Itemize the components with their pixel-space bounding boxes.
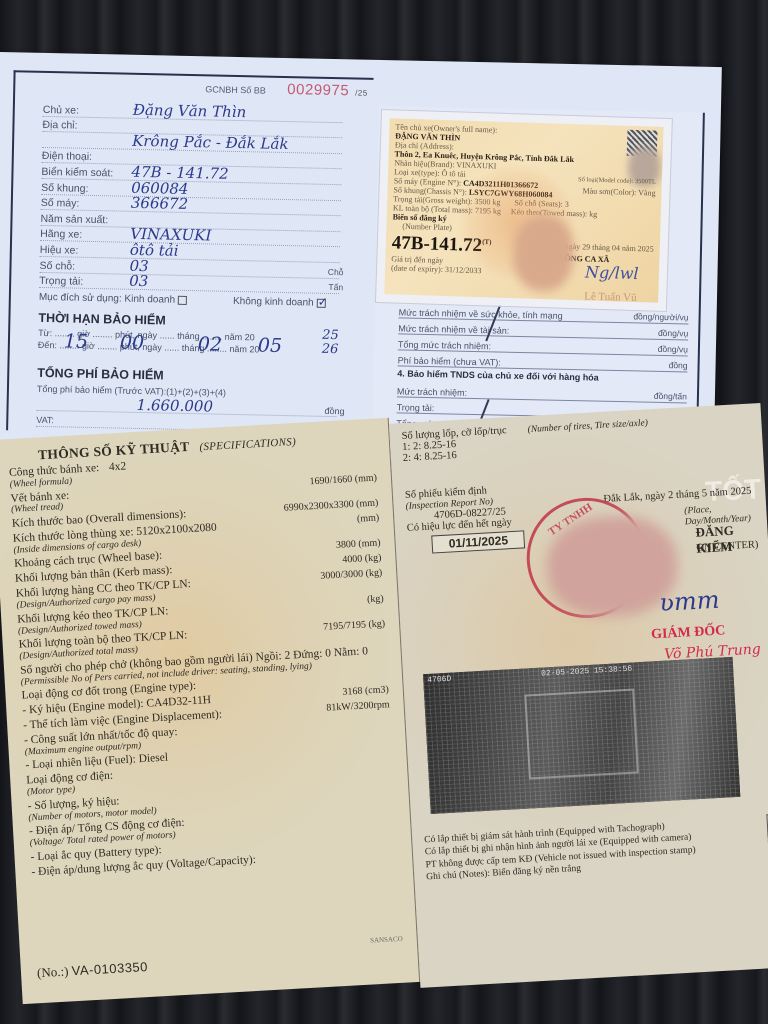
- handwritten-value: 366672: [131, 196, 189, 212]
- period-year-from: 25: [322, 328, 339, 343]
- specifications-page: THÔNG SỐ KỸ THUẬT(SPECIFICATIONS) Công t…: [0, 418, 420, 1004]
- director-signature: ʋmm: [659, 586, 721, 617]
- handwritten-value: Đặng Văn Thìn: [133, 102, 247, 119]
- vehicle-registration-card: Tên chủ xe(Owner's full name): ĐẶNG VĂN …: [376, 110, 672, 311]
- period-minute: 00: [120, 332, 145, 355]
- insurance-period: Từ: ........ giờ ........ phút, ngày ...…: [38, 328, 339, 364]
- truck-image: [524, 688, 639, 779]
- non-business-checkbox[interactable]: [317, 299, 326, 308]
- period-day: 02: [198, 333, 223, 356]
- inspection-certificate: THÔNG SỐ KỸ THUẬT(SPECIFICATIONS) Công t…: [0, 373, 768, 1007]
- period-year-to: 26: [322, 342, 339, 357]
- vehicle-photo: 4706D 02-05-2025 15:38:56: [423, 657, 740, 814]
- reg-signer: Lê Tuấn Vũ: [584, 290, 637, 304]
- period-hour: 15: [64, 331, 89, 354]
- handwritten-value: 03: [129, 274, 148, 289]
- usage-purpose: Mục đích sử dụng: Kinh doanh Không kinh …: [39, 292, 369, 310]
- director-title: GIÁM ĐỐC: [651, 623, 726, 643]
- period-month: 05: [258, 335, 283, 358]
- redacted-area: [512, 214, 574, 292]
- business-checkbox[interactable]: [178, 296, 187, 305]
- cert-serial: 0029975/25: [287, 81, 368, 100]
- spec-list: Công thức bánh xe:4x2(Wheel formula)Vết …: [9, 447, 398, 879]
- valid-until-date: 01/11/2025: [431, 530, 525, 553]
- photo-timestamp: 02-05-2025 15:38:56: [541, 665, 633, 679]
- insurance-owner-section: GCNBH Số BB 0029975/25 Chủ xe: Đặng Văn …: [6, 70, 373, 437]
- fee-title: TỔNG PHÍ BẢO HIỂM: [37, 366, 367, 387]
- insurance-fields: Chủ xe: Đặng Văn Thìn Địa chỉ: Krông Pắc…: [39, 101, 373, 295]
- inspection-page: TỐT Số lượng lốp, cỡ lốp/trục (Number of…: [389, 403, 768, 988]
- signature: Ng/lwl: [585, 262, 639, 283]
- document-number: (No.:) VA-0103350: [37, 959, 149, 981]
- cert-number-label: GCNBH Số BB: [205, 84, 266, 95]
- equipment-list: Có lắp thiết bị giám sát hành trình (Equ…: [424, 815, 768, 884]
